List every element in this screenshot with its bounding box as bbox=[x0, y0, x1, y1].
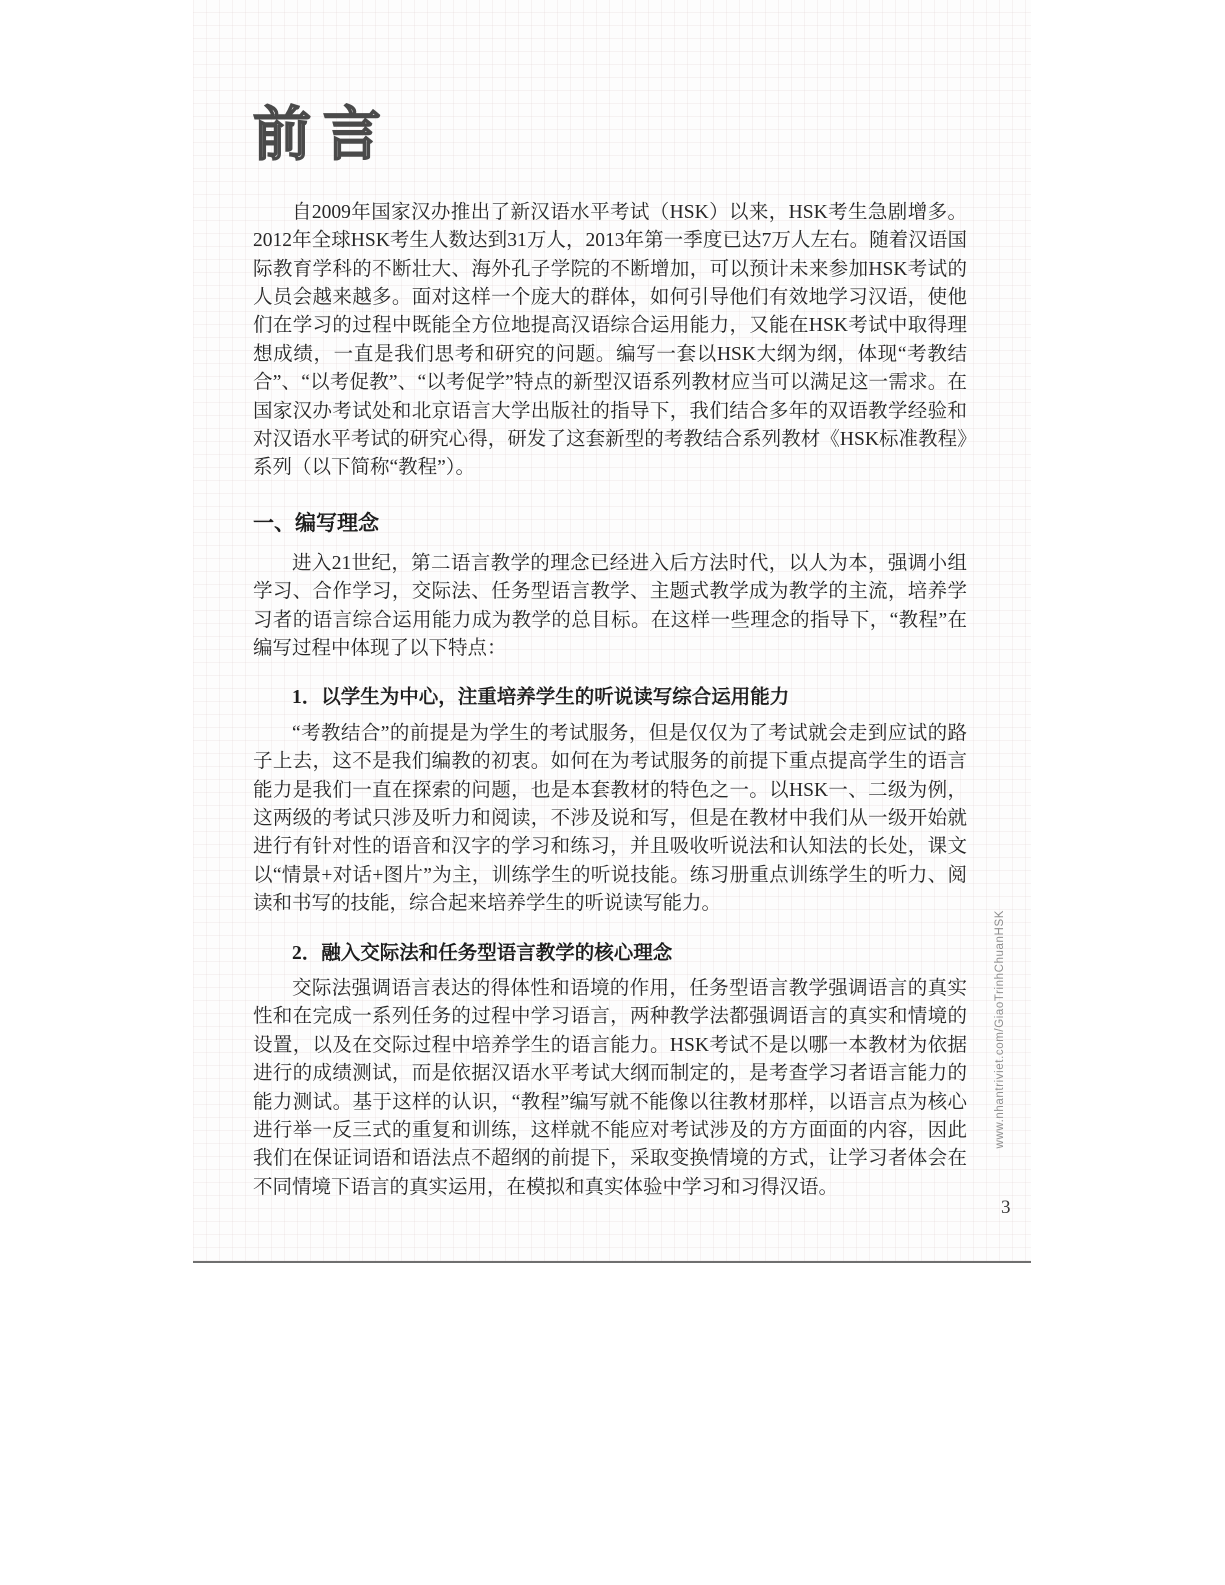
page-number: 3 bbox=[1001, 1197, 1011, 1219]
subsection-1-body: “考教结合”的前提是为学生的考试服务，但是仅仅为了考试就会走到应试的路子上去，这… bbox=[253, 720, 967, 919]
watermark-url: www.nhantriviet.com/GiaoTrinhChuanHSK bbox=[994, 910, 1006, 1148]
section-lead-paragraph: 进入21世纪，第二语言教学的理念已经进入后方法时代，以人为本，强调小组学习、合作… bbox=[253, 550, 967, 664]
subsection-2-body: 交际法强调语言表达的得体性和语境的作用，任务型语言教学强调语言的真实性和在完成一… bbox=[253, 975, 967, 1202]
page-title: 前言 bbox=[253, 102, 967, 169]
subsection-2-heading: 2．融入交际法和任务型语言教学的核心理念 bbox=[253, 940, 967, 968]
text-column: 前言 自2009年国家汉办推出了新汉语水平考试（HSK）以来，HSK考生急剧增多… bbox=[253, 0, 967, 1202]
section-heading: 一、编写理念 bbox=[253, 509, 967, 537]
subsection-1-heading: 1．以学生为中心，注重培养学生的听说读写综合运用能力 bbox=[253, 684, 967, 712]
scan-area: 前言 自2009年国家汉办推出了新汉语水平考试（HSK）以来，HSK考生急剧增多… bbox=[193, 0, 1031, 1263]
intro-paragraph: 自2009年国家汉办推出了新汉语水平考试（HSK）以来，HSK考生急剧增多。20… bbox=[253, 199, 967, 483]
scanned-book-page: 前言 自2009年国家汉办推出了新汉语水平考试（HSK）以来，HSK考生急剧增多… bbox=[0, 0, 1225, 1585]
